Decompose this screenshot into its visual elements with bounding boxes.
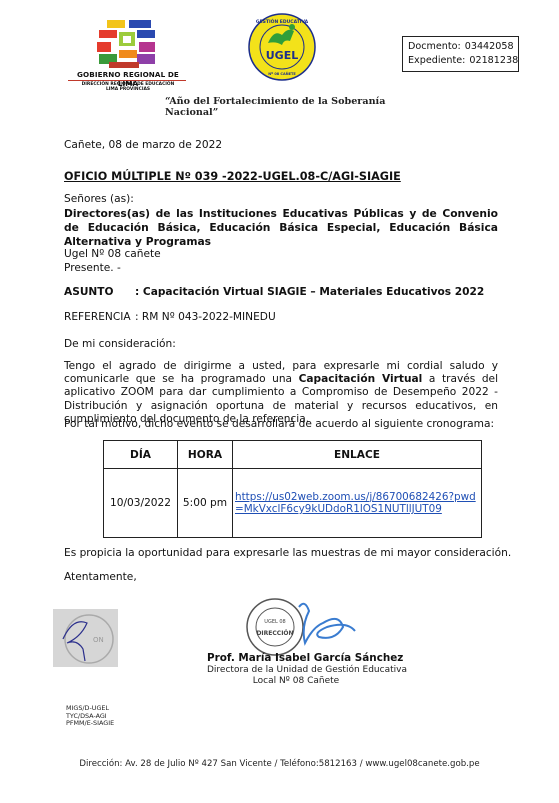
initials-block: MIGS/D-UGEL TYC/DSA-AGI PFMM/E-SIAGIE	[66, 705, 114, 728]
zoom-link[interactable]: https://us02web.zoom.us/j/86700682426?pw…	[233, 491, 481, 516]
expediente-value: 02181238	[469, 55, 518, 66]
letter-date: Cañete, 08 de marzo de 2022	[64, 139, 222, 153]
gobierno-logo-divider	[68, 80, 186, 81]
gobierno-subtitle-2: LIMA PROVINCIAS	[68, 87, 188, 92]
svg-text:Nº 08 CAÑETE: Nº 08 CAÑETE	[268, 71, 296, 76]
ugel-line: Ugel Nº 08 cañete	[64, 248, 161, 262]
footer-address: Dirección: Av. 28 de Julio Nº 427 San Vi…	[0, 759, 559, 769]
zoom-link-line-2[interactable]: =MkVxclF6cy9kUDdoR1lOS1NUTllJUT09	[235, 503, 442, 515]
header-enlace: ENLACE	[233, 441, 482, 469]
documento-value: 03442058	[465, 41, 514, 52]
signatory-name: Prof. María Isabel García Sánchez	[207, 652, 385, 664]
expediente-label: Expediente:	[408, 55, 465, 66]
asunto-label: ASUNTO	[64, 286, 114, 300]
signatory-local: Local Nº 08 Cañete	[207, 676, 385, 686]
gobierno-regional-lima-logo-icon	[93, 18, 159, 70]
referencia-value: : RM Nº 043-2022-MINEDU	[135, 311, 276, 325]
svg-text:ON: ON	[93, 636, 104, 644]
direccion-seal-signature-icon: UGEL 08 DIRECCIÓN	[243, 597, 363, 659]
zoom-link-line-1[interactable]: https://us02web.zoom.us/j/86700682426?pw…	[235, 491, 476, 503]
documento-label: Docmento:	[408, 41, 461, 52]
atentamente: Atentamente,	[64, 571, 137, 585]
document-reference-box: Docmento:03442058 Expediente:02181238	[402, 36, 519, 72]
oficio-title: OFICIO MÚLTIPLE Nº 039 -2022-UGEL.08-C/A…	[64, 170, 401, 183]
initial-stamp-icon: ON	[53, 609, 118, 667]
initials-line: PFMM/E-SIAGIE	[66, 720, 114, 728]
ugel-logo-icon: UGEL GESTIÓN EDUCATIVA Nº 08 CAÑETE	[248, 13, 316, 81]
svg-text:GESTIÓN EDUCATIVA: GESTIÓN EDUCATIVA	[256, 18, 309, 25]
consideracion: De mi consideración:	[64, 338, 176, 352]
recipients: Directores(as) de las Instituciones Educ…	[64, 207, 498, 249]
cell-hora: 5:00 pm	[178, 469, 233, 538]
para1-bold: Capacitación Virtual	[299, 373, 423, 385]
cell-enlace: https://us02web.zoom.us/j/86700682426?pw…	[233, 469, 482, 538]
table-row: 10/03/2022 5:00 pm https://us02web.zoom.…	[104, 469, 482, 538]
presente: Presente. -	[64, 262, 121, 276]
closing-sentence: Es propicia la oportunidad para expresar…	[64, 547, 511, 561]
schedule-table: DÍA HORA ENLACE 10/03/2022 5:00 pm https…	[103, 440, 482, 538]
referencia-label: REFERENCIA	[64, 311, 131, 325]
signatory-role: Directora de la Unidad de Gestión Educat…	[207, 665, 385, 675]
svg-text:DIRECCIÓN: DIRECCIÓN	[256, 630, 293, 637]
year-motto: “Año del Fortalecimiento de la Soberanía…	[165, 96, 425, 118]
svg-text:UGEL: UGEL	[266, 49, 298, 62]
header-hora: HORA	[178, 441, 233, 469]
svg-text:UGEL 08: UGEL 08	[264, 619, 285, 625]
body-paragraph-2: Por tal motivo, dicho evento se desarrol…	[64, 418, 494, 432]
salutation: Señores (as):	[64, 193, 134, 207]
body-paragraph-1: Tengo el agrado de dirigirme a usted, pa…	[64, 360, 498, 426]
header-dia: DÍA	[104, 441, 178, 469]
asunto-value: : Capacitación Virtual SIAGIE – Material…	[135, 286, 484, 300]
cell-dia: 10/03/2022	[104, 469, 178, 538]
